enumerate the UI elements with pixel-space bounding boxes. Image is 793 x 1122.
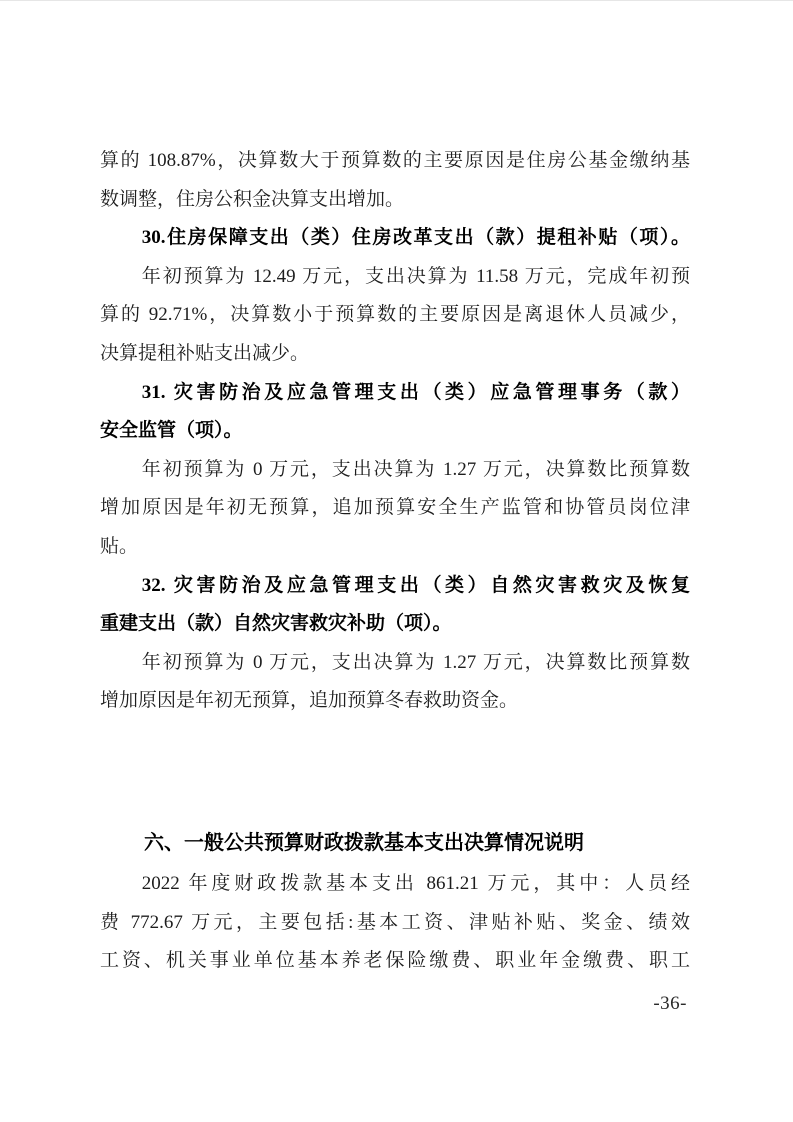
section-6-paragraph: 2022 年度财政拨款基本支出 861.21 万元，其中：人员经费 772.67… bbox=[100, 865, 690, 981]
text-line: 年初预算为 0 万元，支出决算为 1.27 万元，决算数比预算数 bbox=[100, 451, 690, 490]
document-page: 算的 108.87%，决算数大于预算数的主要原因是住房公基金缴纳基数调整，住房公… bbox=[0, 0, 793, 1122]
section-32-paragraph: 年初预算为 0 万元，支出决算为 1.27 万元，决算数比预算数增加原因是年初无… bbox=[100, 644, 690, 721]
text-line: 安全监管（项）。 bbox=[100, 412, 690, 451]
section-31-heading: 31. 灾害防治及应急管理支出（类）应急管理事务（款）安全监管（项）。 bbox=[100, 374, 690, 451]
section-6-heading: 六、一般公共预算财政拨款基本支出决算情况说明 bbox=[100, 821, 690, 865]
document-body: 算的 108.87%，决算数大于预算数的主要原因是住房公基金缴纳基数调整，住房公… bbox=[100, 142, 690, 981]
section-32-heading: 32. 灾害防治及应急管理支出（类）自然灾害救灾及恢复重建支出（款）自然灾害救灾… bbox=[100, 567, 690, 644]
text-line: 年初预算为 12.49 万元，支出决算为 11.58 万元，完成年初预 bbox=[100, 258, 690, 297]
page-number: -36- bbox=[653, 993, 687, 1015]
text-line: 30.住房保障支出（类）住房改革支出（款）提租补贴（项）。 bbox=[100, 219, 690, 258]
text-line: 重建支出（款）自然灾害救灾补助（项）。 bbox=[100, 605, 690, 644]
text-line: 贴。 bbox=[100, 528, 690, 567]
text-line: 算的 92.71%，决算数小于预算数的主要原因是离退休人员减少， bbox=[100, 296, 690, 335]
carryover-paragraph-housing-fund: 算的 108.87%，决算数大于预算数的主要原因是住房公基金缴纳基数调整，住房公… bbox=[100, 142, 690, 219]
text-line: 六、一般公共预算财政拨款基本支出决算情况说明 bbox=[100, 821, 690, 865]
section-30-paragraph: 年初预算为 12.49 万元，支出决算为 11.58 万元，完成年初预算的 92… bbox=[100, 258, 690, 374]
section-31-paragraph: 年初预算为 0 万元，支出决算为 1.27 万元，决算数比预算数增加原因是年初无… bbox=[100, 451, 690, 567]
text-line: 工资、机关事业单位基本养老保险缴费、职业年金缴费、职工 bbox=[100, 942, 690, 981]
text-line: 决算提租补贴支出减少。 bbox=[100, 335, 690, 374]
text-line: 2022 年度财政拨款基本支出 861.21 万元，其中：人员经 bbox=[100, 865, 690, 904]
section-gap bbox=[100, 721, 690, 821]
text-line: 32. 灾害防治及应急管理支出（类）自然灾害救灾及恢复 bbox=[100, 567, 690, 606]
text-line: 增加原因是年初无预算，追加预算冬春救助资金。 bbox=[100, 682, 690, 721]
text-line: 数调整，住房公积金决算支出增加。 bbox=[100, 181, 690, 220]
text-line: 年初预算为 0 万元，支出决算为 1.27 万元，决算数比预算数 bbox=[100, 644, 690, 683]
text-line: 31. 灾害防治及应急管理支出（类）应急管理事务（款） bbox=[100, 374, 690, 413]
text-line: 增加原因是年初无预算，追加预算安全生产监管和协管员岗位津 bbox=[100, 489, 690, 528]
section-30-heading: 30.住房保障支出（类）住房改革支出（款）提租补贴（项）。 bbox=[100, 219, 690, 258]
text-line: 算的 108.87%，决算数大于预算数的主要原因是住房公基金缴纳基 bbox=[100, 142, 690, 181]
text-line: 费 772.67 万元，主要包括:基本工资、津贴补贴、奖金、绩效 bbox=[100, 904, 690, 943]
